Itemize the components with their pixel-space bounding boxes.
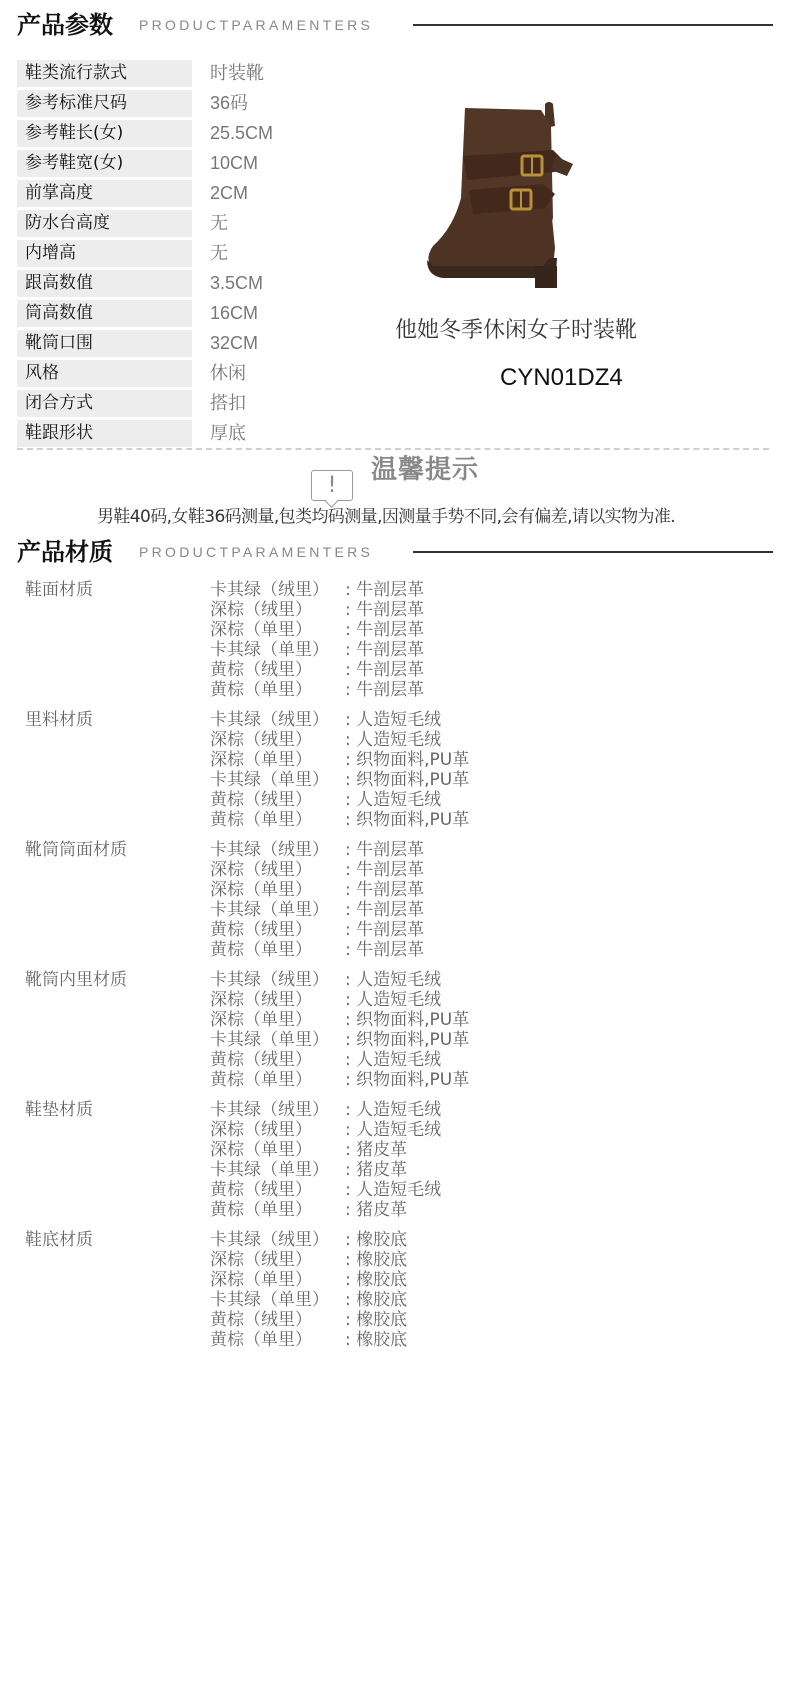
- material-color-variant: 深棕（单里）: [210, 750, 312, 770]
- material-color-variant: 卡其绿（绒里）: [210, 1100, 329, 1120]
- material-color-variant: 黄棕（绒里）: [210, 920, 312, 940]
- material-value: : 牛剖层革: [345, 660, 424, 680]
- param-label: 鞋类流行款式: [17, 60, 192, 87]
- material-value: : 人造短毛绒: [345, 790, 441, 810]
- material-color-variant: 卡其绿（绒里）: [210, 580, 329, 600]
- section-subtitle: PRODUCTPARAMENTERS: [139, 537, 373, 567]
- dashed-divider: [17, 448, 769, 450]
- exclamation-speech-bubble-icon: !: [311, 470, 353, 501]
- material-value: : 人造短毛绒: [345, 990, 441, 1010]
- material-color-variant: 黄棕（绒里）: [210, 1310, 312, 1330]
- material-value: : 牛剖层革: [345, 900, 424, 920]
- material-value: : 猪皮革: [345, 1160, 407, 1180]
- param-label: 参考鞋长(女): [17, 120, 192, 147]
- param-row: 内增高无: [17, 240, 377, 267]
- material-color-variant: 深棕（单里）: [210, 620, 312, 640]
- param-value: 无: [210, 240, 228, 267]
- param-value: 16CM: [210, 300, 258, 327]
- material-value: : 人造短毛绒: [345, 710, 441, 730]
- material-color-variant: 黄棕（单里）: [210, 1070, 312, 1090]
- param-label: 风格: [17, 360, 192, 387]
- param-row: 靴筒口围32CM: [17, 330, 377, 357]
- param-label: 防水台高度: [17, 210, 192, 237]
- material-value: : 牛剖层革: [345, 620, 424, 640]
- material-label: 鞋垫材质: [25, 1100, 93, 1120]
- material-value: : 人造短毛绒: [345, 1180, 441, 1200]
- material-color-variant: 卡其绿（绒里）: [210, 840, 329, 860]
- materials-section-header: 产品材质 PRODUCTPARAMENTERS: [17, 537, 773, 567]
- material-color-variant: 深棕（单里）: [210, 1010, 312, 1030]
- material-color-variant: 深棕（单里）: [210, 1270, 312, 1290]
- param-row: 风格休闲: [17, 360, 377, 387]
- material-value: : 牛剖层革: [345, 940, 424, 960]
- material-color-variant: 黄棕（单里）: [210, 1200, 312, 1220]
- material-color-variant: 卡其绿（绒里）: [210, 1230, 329, 1250]
- param-label: 参考标准尺码: [17, 90, 192, 117]
- section-divider: [413, 24, 773, 26]
- material-label: 靴筒内里材质: [25, 970, 127, 990]
- material-value: : 织物面料,PU革: [345, 770, 469, 790]
- material-color-variant: 黄棕（绒里）: [210, 1050, 312, 1070]
- param-value: 时装靴: [210, 60, 264, 87]
- param-row: 闭合方式搭扣: [17, 390, 377, 417]
- material-value: : 织物面料,PU革: [345, 750, 469, 770]
- material-value: : 猪皮革: [345, 1140, 407, 1160]
- section-title: 产品参数: [17, 10, 113, 40]
- material-color-variant: 黄棕（单里）: [210, 1330, 312, 1350]
- material-group: 鞋垫材质卡其绿（绒里）: 人造短毛绒深棕（绒里）: 人造短毛绒深棕（单里）: 猪…: [25, 1100, 625, 1230]
- material-value: : 橡胶底: [345, 1290, 407, 1310]
- notice-title: 温馨提示: [371, 452, 479, 488]
- material-value: : 人造短毛绒: [345, 1120, 441, 1140]
- material-value: : 牛剖层革: [345, 860, 424, 880]
- materials-list: 鞋面材质卡其绿（绒里）: 牛剖层革深棕（绒里）: 牛剖层革深棕（单里）: 牛剖层…: [25, 580, 625, 1360]
- material-group: 靴筒内里材质卡其绿（绒里）: 人造短毛绒深棕（绒里）: 人造短毛绒深棕（单里）:…: [25, 970, 625, 1100]
- param-label: 闭合方式: [17, 390, 192, 417]
- material-group: 里料材质卡其绿（绒里）: 人造短毛绒深棕（绒里）: 人造短毛绒深棕（单里）: 织…: [25, 710, 625, 840]
- material-value: : 牛剖层革: [345, 580, 424, 600]
- material-group: 鞋面材质卡其绿（绒里）: 牛剖层革深棕（绒里）: 牛剖层革深棕（单里）: 牛剖层…: [25, 580, 625, 710]
- material-value: : 织物面料,PU革: [345, 1030, 469, 1050]
- product-image: [423, 98, 603, 288]
- material-color-variant: 卡其绿（单里）: [210, 770, 329, 790]
- material-label: 鞋面材质: [25, 580, 93, 600]
- material-label: 鞋底材质: [25, 1230, 93, 1250]
- material-color-variant: 卡其绿（单里）: [210, 1030, 329, 1050]
- material-color-variant: 卡其绿（绒里）: [210, 710, 329, 730]
- param-label: 前掌高度: [17, 180, 192, 207]
- material-value: : 人造短毛绒: [345, 1050, 441, 1070]
- material-color-variant: 深棕（绒里）: [210, 600, 312, 620]
- material-color-variant: 卡其绿（单里）: [210, 1290, 329, 1310]
- material-label: 靴筒筒面材质: [25, 840, 127, 860]
- param-label: 跟高数值: [17, 270, 192, 297]
- material-color-variant: 卡其绿（单里）: [210, 900, 329, 920]
- product-name: 他她冬季休闲女子时装靴: [395, 315, 695, 347]
- material-value: : 人造短毛绒: [345, 730, 441, 750]
- param-label: 内增高: [17, 240, 192, 267]
- param-row: 筒高数值16CM: [17, 300, 377, 327]
- material-value: : 橡胶底: [345, 1330, 407, 1350]
- material-color-variant: 黄棕（单里）: [210, 680, 312, 700]
- material-value: : 橡胶底: [345, 1270, 407, 1290]
- param-label: 靴筒口围: [17, 330, 192, 357]
- material-value: : 人造短毛绒: [345, 970, 441, 990]
- material-color-variant: 深棕（单里）: [210, 880, 312, 900]
- param-row: 跟高数值3.5CM: [17, 270, 377, 297]
- material-value: : 橡胶底: [345, 1250, 407, 1270]
- section-title: 产品材质: [17, 537, 113, 567]
- boot-icon: [423, 98, 603, 288]
- material-color-variant: 黄棕（单里）: [210, 940, 312, 960]
- param-value: 2CM: [210, 180, 248, 207]
- material-color-variant: 黄棕（绒里）: [210, 660, 312, 680]
- material-color-variant: 黄棕（单里）: [210, 810, 312, 830]
- notice-text: 男鞋40码,女鞋36码测量,包类均码测量,因测量手势不同,会有偏差,请以实物为准…: [97, 504, 747, 530]
- material-label: 里料材质: [25, 710, 93, 730]
- param-row: 前掌高度2CM: [17, 180, 377, 207]
- material-color-variant: 深棕（绒里）: [210, 1120, 312, 1140]
- param-row: 参考鞋长(女)25.5CM: [17, 120, 377, 147]
- material-value: : 猪皮革: [345, 1200, 407, 1220]
- material-value: : 织物面料,PU革: [345, 810, 469, 830]
- material-color-variant: 深棕（绒里）: [210, 1250, 312, 1270]
- material-value: : 牛剖层革: [345, 600, 424, 620]
- material-color-variant: 深棕（绒里）: [210, 990, 312, 1010]
- section-subtitle: PRODUCTPARAMENTERS: [139, 10, 373, 40]
- param-row: 防水台高度无: [17, 210, 377, 237]
- material-color-variant: 卡其绿（单里）: [210, 1160, 329, 1180]
- product-code: CYN01DZ4: [500, 362, 623, 394]
- material-value: : 牛剖层革: [345, 840, 424, 860]
- param-value: 10CM: [210, 150, 258, 177]
- param-value: 25.5CM: [210, 120, 273, 147]
- material-color-variant: 卡其绿（单里）: [210, 640, 329, 660]
- material-value: : 织物面料,PU革: [345, 1010, 469, 1030]
- material-value: : 橡胶底: [345, 1230, 407, 1250]
- params-table: 鞋类流行款式时装靴参考标准尺码36码参考鞋长(女)25.5CM参考鞋宽(女)10…: [17, 60, 377, 450]
- material-value: : 织物面料,PU革: [345, 1070, 469, 1090]
- material-color-variant: 黄棕（绒里）: [210, 1180, 312, 1200]
- material-group: 鞋底材质卡其绿（绒里）: 橡胶底深棕（绒里）: 橡胶底深棕（单里）: 橡胶底卡其…: [25, 1230, 625, 1360]
- param-value: 休闲: [210, 360, 246, 387]
- section-divider: [413, 551, 773, 553]
- params-section-header: 产品参数 PRODUCTPARAMENTERS: [17, 10, 773, 40]
- material-color-variant: 卡其绿（绒里）: [210, 970, 329, 990]
- param-label: 鞋跟形状: [17, 420, 192, 447]
- param-value: 32CM: [210, 330, 258, 357]
- param-value: 无: [210, 210, 228, 237]
- param-value: 36码: [210, 90, 248, 117]
- material-value: : 牛剖层革: [345, 920, 424, 940]
- param-label: 参考鞋宽(女): [17, 150, 192, 177]
- param-row: 鞋跟形状厚底: [17, 420, 377, 447]
- param-value: 3.5CM: [210, 270, 263, 297]
- material-value: : 牛剖层革: [345, 680, 424, 700]
- material-color-variant: 深棕（绒里）: [210, 860, 312, 880]
- param-row: 参考鞋宽(女)10CM: [17, 150, 377, 177]
- material-color-variant: 黄棕（绒里）: [210, 790, 312, 810]
- material-value: : 牛剖层革: [345, 640, 424, 660]
- material-value: : 人造短毛绒: [345, 1100, 441, 1120]
- material-color-variant: 深棕（单里）: [210, 1140, 312, 1160]
- param-label: 筒高数值: [17, 300, 192, 327]
- param-value: 厚底: [210, 420, 246, 447]
- param-value: 搭扣: [210, 390, 246, 417]
- material-value: : 橡胶底: [345, 1310, 407, 1330]
- param-row: 鞋类流行款式时装靴: [17, 60, 377, 87]
- material-color-variant: 深棕（绒里）: [210, 730, 312, 750]
- material-group: 靴筒筒面材质卡其绿（绒里）: 牛剖层革深棕（绒里）: 牛剖层革深棕（单里）: 牛…: [25, 840, 625, 970]
- material-value: : 牛剖层革: [345, 880, 424, 900]
- param-row: 参考标准尺码36码: [17, 90, 377, 117]
